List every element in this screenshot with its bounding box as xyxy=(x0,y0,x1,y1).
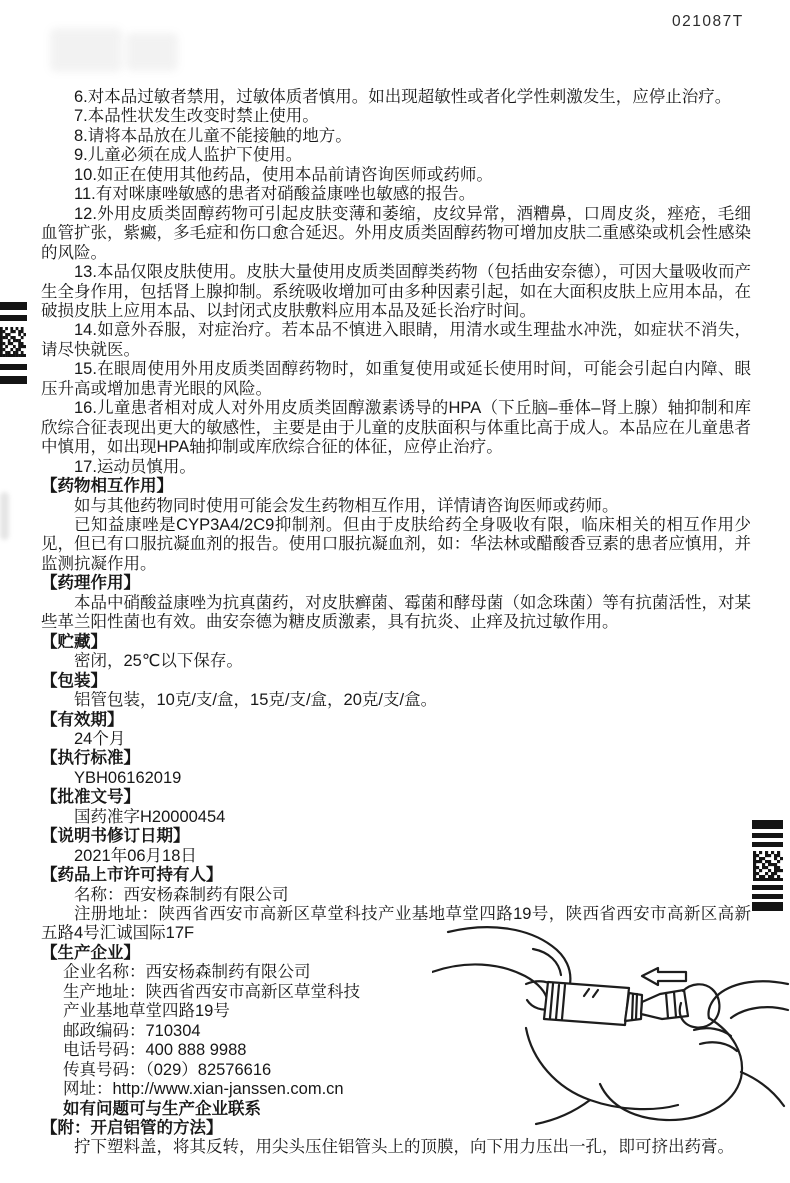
section-header: 【批准文号】 xyxy=(41,788,751,807)
paragraph: 24个月 xyxy=(41,730,751,749)
barcode-bar xyxy=(752,902,783,911)
paragraph: 8.请将本品放在儿童不能接触的地方。 xyxy=(41,127,751,146)
barcode-bar xyxy=(0,364,27,370)
package-insert-page: { "page": { "print_code": "021087T" }, "… xyxy=(0,0,790,1183)
paragraph: 11.有对咪康唑敏感的患者对硝酸益康唑也敏感的报告。 xyxy=(41,185,751,204)
print-code: 021087T xyxy=(672,13,744,31)
paragraph: 10.如正在使用其他药品，使用本品前请咨询医师或药师。 xyxy=(41,166,751,185)
right-hand-creases xyxy=(694,1028,737,1051)
section-header: 【药物相互作用】 xyxy=(41,477,751,496)
ghost-print-smudge xyxy=(50,28,122,72)
paragraph: 16.儿童患者相对成人对外用皮质类固醇激素诱导的HPA（下丘脑–垂体–肾上腺）轴… xyxy=(41,399,751,457)
ghost-print-smudge xyxy=(0,492,9,540)
barcode-bar xyxy=(0,302,27,310)
right-hand-thumb xyxy=(708,981,788,1018)
right-hand-wrist xyxy=(741,1072,784,1106)
paragraph: 9.儿童必须在成人监护下使用。 xyxy=(41,146,751,165)
paragraph: 2021年06月18日 xyxy=(41,847,751,866)
paragraph: 7.本品性状发生改变时禁止使用。 xyxy=(41,107,751,126)
barcode-bar xyxy=(752,842,783,847)
paragraph: 12.外用皮质类固醇药物可引起皮肤变薄和萎缩，皮纹异常，酒糟鼻，口周皮炎，痤疮，… xyxy=(41,205,751,263)
left-hand-finger xyxy=(533,949,561,975)
section-header: 【执行标准】 xyxy=(41,749,751,768)
datamatrix-barcode xyxy=(0,327,26,357)
tube-opening-illustration xyxy=(432,922,790,1134)
paragraph: 6.对本品过敏者禁用，过敏体质者慎用。如出现超敏性或者化学性刺激发生，应停止治疗… xyxy=(41,88,751,107)
paragraph: 本品中硝酸益康唑为抗真菌药，对皮肤癣菌、霉菌和酵母菌（如念珠菌）等有抗菌活性，对… xyxy=(41,594,751,633)
left-hand-lower xyxy=(526,1028,590,1124)
ghost-print-smudge xyxy=(126,33,178,71)
section-header: 【包装】 xyxy=(41,672,751,691)
section-header: 【贮藏】 xyxy=(41,633,751,652)
right-hand-outline xyxy=(600,1018,742,1120)
section-header: 【药理作用】 xyxy=(41,574,751,593)
barcode-bar xyxy=(0,376,27,384)
paragraph: 14.如意外吞服，对症治疗。若本品不慎进入眼睛，用清水或生理盐水冲洗，如症状不消… xyxy=(41,321,751,360)
barcode-bar xyxy=(752,820,783,829)
section-header: 【说明书修订日期】 xyxy=(41,827,751,846)
section-header: 【药品上市许可持有人】 xyxy=(41,866,751,885)
paragraph: 国药准字H20000454 xyxy=(41,808,751,827)
barcode-bar xyxy=(752,885,783,890)
paragraph: YBH06162019 xyxy=(41,769,751,788)
datamatrix-barcode xyxy=(753,851,783,881)
left-hand-outline xyxy=(448,927,570,984)
paragraph: 密闭，25℃以下保存。 xyxy=(41,652,751,671)
barcode-bar xyxy=(752,833,783,838)
barcode-bar xyxy=(752,894,783,899)
paragraph: 拧下塑料盖，将其反转，用尖头压住铝管头上的顶膜，向下用力压出一孔，即可挤出药膏。 xyxy=(41,1138,751,1157)
paragraph: 如与其他药物同时使用可能会发生药物相互作用，详情请咨询医师或药师。 xyxy=(41,497,751,516)
left-arrow-icon xyxy=(642,968,686,985)
paragraph: 13.本品仅限皮肤使用。皮肤大量使用皮质类固醇类药物（包括曲安奈德），可因大量吸… xyxy=(41,263,751,321)
paragraph: 15.在眼周使用外用皮质类固醇药物时，如重复使用或延长使用时间，可能会引起白内障… xyxy=(41,360,751,399)
paragraph: 名称：西安杨森制药有限公司 xyxy=(41,886,751,905)
barcode-bar xyxy=(0,315,27,321)
paragraph: 铝管包装，10克/支/盒，15克/支/盒，20克/支/盒。 xyxy=(41,691,751,710)
left-palm-inner xyxy=(590,1100,678,1109)
section-header: 【有效期】 xyxy=(41,711,751,730)
paragraph: 17.运动员慎用。 xyxy=(41,458,751,477)
paragraph: 已知益康唑是CYP3A4/2C9抑制剂。但由于皮肤给药全身吸收有限，临床相关的相… xyxy=(41,516,751,574)
right-hand-thumb xyxy=(731,1007,788,1018)
